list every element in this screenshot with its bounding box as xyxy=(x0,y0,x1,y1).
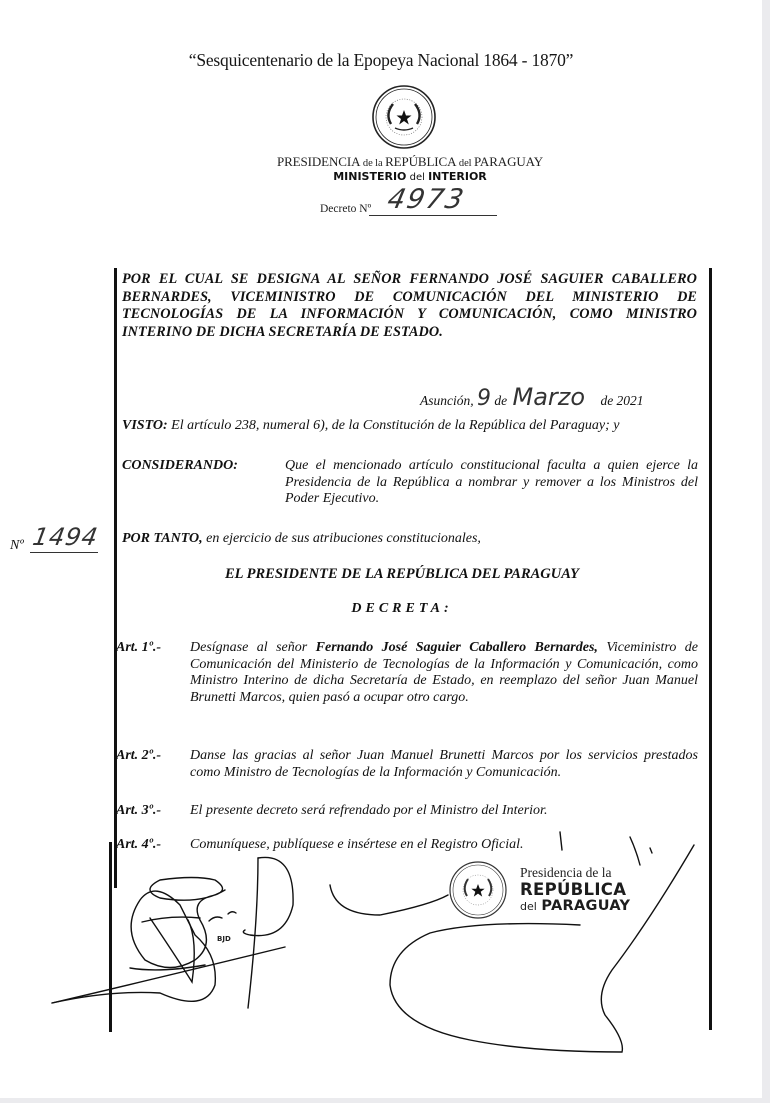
national-seal-icon xyxy=(371,84,437,150)
margin-number-label: Nº xyxy=(10,538,24,554)
decree-number-label: Decreto Nº xyxy=(320,203,371,215)
left-margin-rule-lower xyxy=(109,842,112,1032)
presidency-heading: PRESIDENCIA de la REPÚBLICA del PARAGUAY xyxy=(0,154,770,170)
decree-page: “Sesquicentenario de la Epopeya Nacional… xyxy=(0,0,762,1098)
decree-number-handwritten: 4973 xyxy=(385,184,468,215)
visto-clause: VISTO: El artículo 238, numeral 6), de l… xyxy=(122,418,697,435)
left-margin-rule xyxy=(114,268,117,888)
president-heading: EL PRESIDENTE DE LA REPÚBLICA DEL PARAGU… xyxy=(122,566,682,583)
right-margin-rule xyxy=(709,268,712,1030)
handwritten-day: 9 xyxy=(477,386,491,411)
decreta-heading: DECRETA: xyxy=(122,601,682,618)
logo-line-3: del PARAGUAY xyxy=(520,898,630,915)
logo-line-2: REPÚBLICA xyxy=(520,881,630,898)
logo-line-1: Presidencia de la xyxy=(520,865,630,881)
decree-number-underline xyxy=(369,215,497,216)
place-and-date: Asunción, 9 de Marzo de 2021 xyxy=(420,383,700,411)
margin-number-underline xyxy=(30,552,98,553)
commemorative-motto: “Sesquicentenario de la Epopeya Nacional… xyxy=(0,50,762,71)
handwritten-month: Marzo xyxy=(513,383,586,411)
presidency-seal-icon xyxy=(448,860,508,920)
margin-number-handwritten: 1494 xyxy=(31,523,101,551)
decree-title: POR EL CUAL SE DESIGNA AL SEÑOR FERNANDO… xyxy=(122,271,697,341)
ministry-heading: MINISTERIO del INTERIOR xyxy=(0,170,770,183)
por-tanto-clause: POR TANTO, en ejercicio de sus atribucio… xyxy=(122,531,697,548)
